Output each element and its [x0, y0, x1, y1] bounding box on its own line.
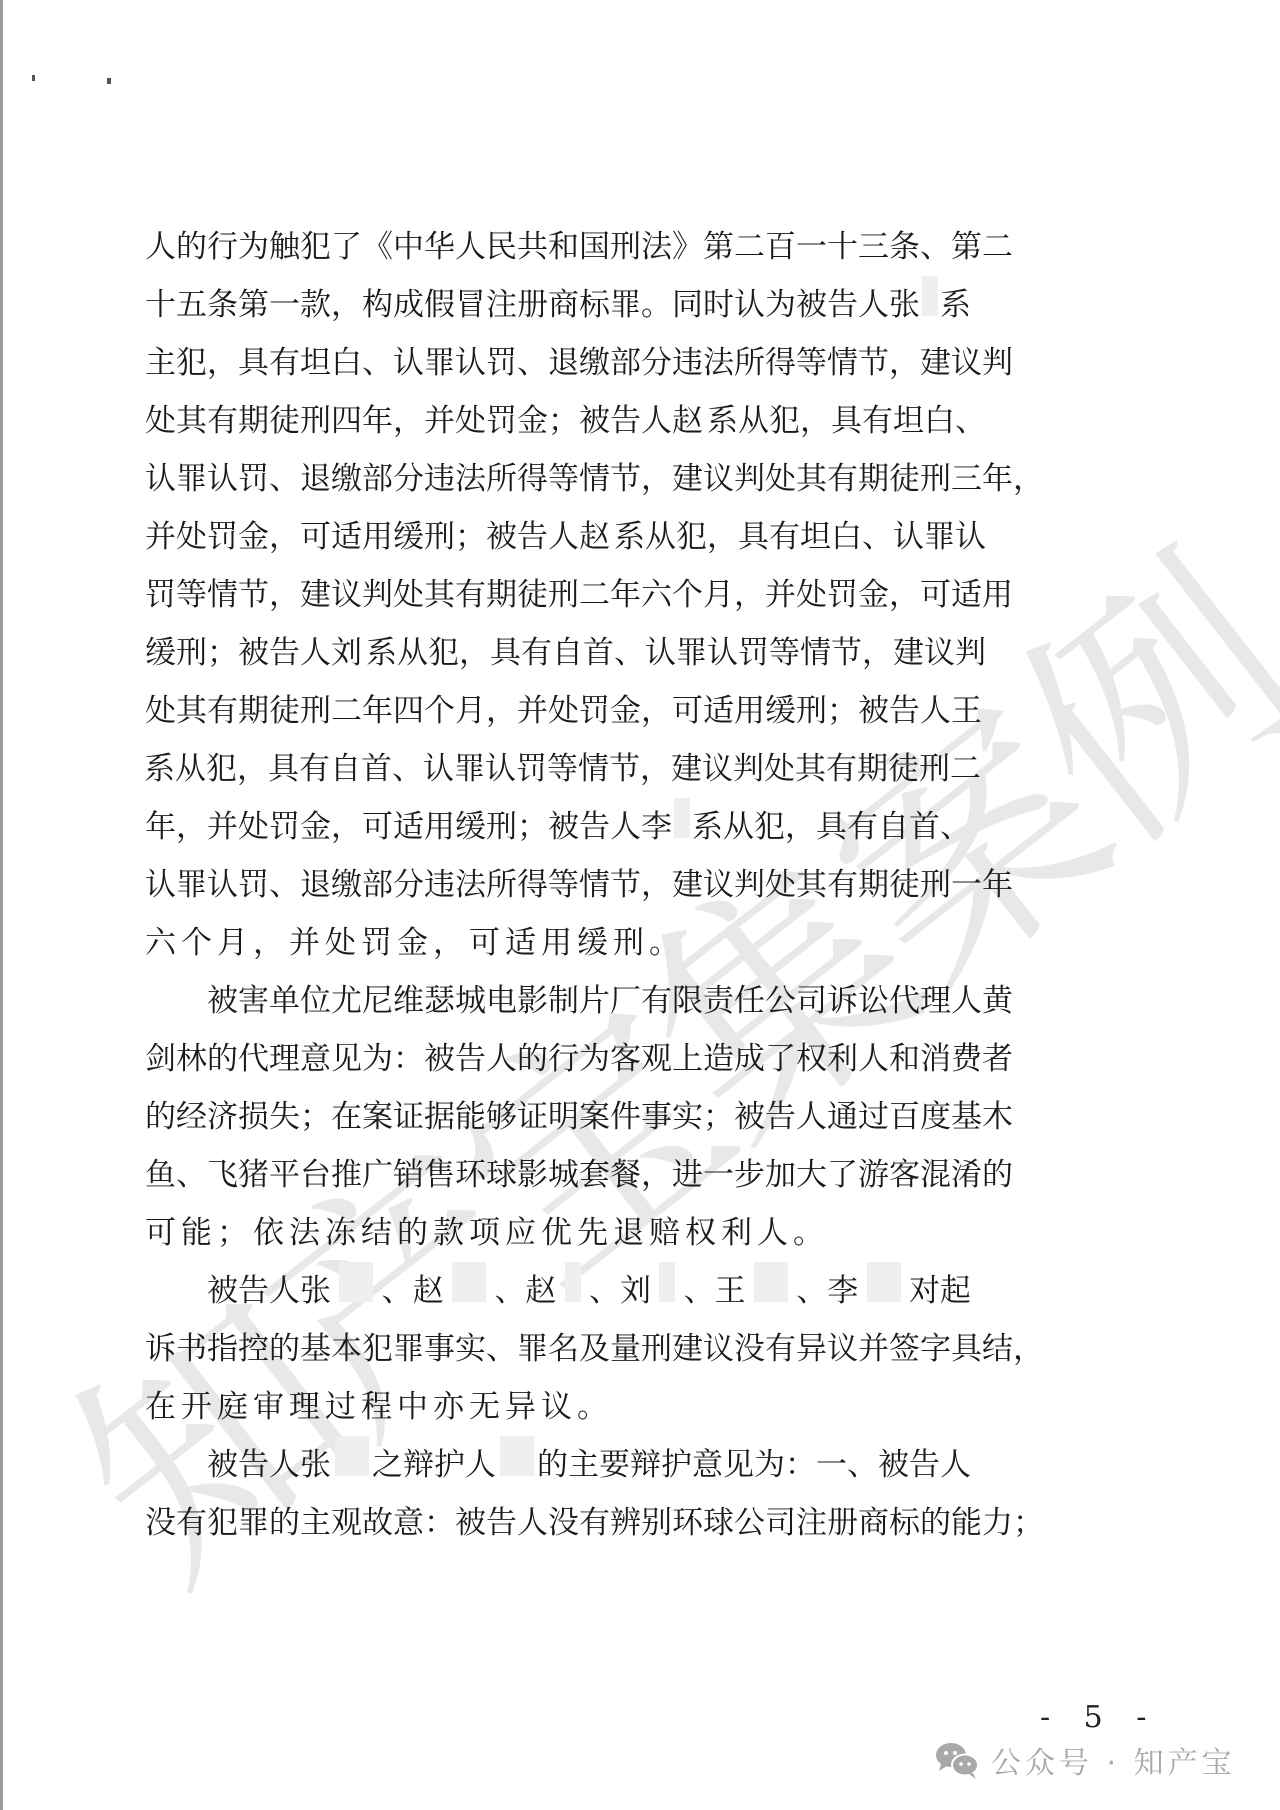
text-line: 年，并处罚金，可适用缓刑；被告人李 系从犯，具有自首、	[145, 798, 971, 856]
line-text: 人的行为触犯了《中华人民共和国刑法》第二百一十三条、第二	[145, 218, 971, 276]
line-text: 认罪认罚、退缴部分违法所得等情节，建议判处其有期徒刑三年，	[145, 450, 971, 508]
redaction-box	[339, 1262, 373, 1302]
line-text: 认罪认罚、退缴部分违法所得等情节，建议判处其有期徒刑一年	[145, 856, 971, 914]
scan-mark	[107, 78, 111, 84]
paragraph-start: 被害单位尤尼维瑟城电影制片厂有限责任公司诉讼代理人黄	[145, 972, 971, 1030]
text-line: 六个月，并处罚金，可适用缓刑。	[145, 914, 971, 972]
text-line: 的经济损失；在案证据能够证明案件事实；被告人通过百度基木	[145, 1088, 971, 1146]
text-line: 鱼、飞猪平台推广销售环球影城套餐，进一步加大了游客混淆的	[145, 1146, 971, 1204]
redaction-box	[922, 276, 938, 316]
defendant-name: 、李	[796, 1262, 858, 1320]
line-text: 系从犯，具有坦白、	[707, 392, 986, 450]
defendant-name: 、赵	[494, 1262, 556, 1320]
line-text: 主犯，具有坦白、认罪认罚、退缴部分违法所得等情节，建议判	[145, 334, 971, 392]
scan-left-edge	[0, 0, 3, 1810]
footer-brand: 公众号 · 知产宝	[933, 1738, 1236, 1782]
text-line: 认罪认罚、退缴部分违法所得等情节，建议判处其有期徒刑一年	[145, 856, 971, 914]
line-text: 缓刑；被告人刘	[145, 624, 362, 682]
scan-mark	[32, 75, 35, 81]
redaction-box	[754, 1262, 788, 1302]
line-text: 剑林的代理意见为：被告人的行为客观上造成了权利人和消费者	[145, 1030, 971, 1088]
text-line: 认罪认罚、退缴部分违法所得等情节，建议判处其有期徒刑三年，	[145, 450, 971, 508]
redaction-box	[335, 1436, 369, 1476]
wechat-icon	[933, 1740, 981, 1780]
text-line: 剑林的代理意见为：被告人的行为客观上造成了权利人和消费者	[145, 1030, 971, 1088]
line-text: 并处罚金，可适用缓刑；被告人赵	[145, 508, 610, 566]
line-text: 年，并处罚金，可适用缓刑；被告人李	[145, 798, 672, 856]
text-line: 诉书指控的基本犯罪事实、罪名及量刑建议没有异议并签字具结，	[145, 1320, 971, 1378]
line-text: 六个月，并处罚金，可适用缓刑。	[145, 914, 685, 972]
text-line: 主犯，具有坦白、认罪认罚、退缴部分违法所得等情节，建议判	[145, 334, 971, 392]
redaction-box	[500, 1436, 534, 1476]
line-text: 系从犯，具有自首、	[692, 798, 971, 856]
line-text: 被告人张	[207, 1436, 331, 1494]
defendant-name: 被告人张	[207, 1262, 331, 1320]
line-text: 罚等情节，建议判处其有期徒刑二年六个月，并处罚金，可适用	[145, 566, 971, 624]
line-text: 可能；依法冻结的款项应优先退赔权利人。	[145, 1204, 829, 1262]
text-line: 系从犯，具有自首、认罪认罚等情节，建议判处其有期徒刑二	[145, 740, 971, 798]
redaction-box	[867, 1262, 901, 1302]
line-text: 鱼、飞猪平台推广销售环球影城套餐，进一步加大了游客混淆的	[145, 1146, 971, 1204]
redaction-box	[659, 1262, 675, 1302]
text-line: 在开庭审理过程中亦无异议。	[145, 1378, 971, 1436]
line-text: 被害单位尤尼维瑟城电影制片厂有限责任公司诉讼代理人黄	[207, 972, 971, 1030]
line-text: 对起	[909, 1262, 971, 1320]
footer-brand-text: 公众号 · 知产宝	[991, 1738, 1236, 1782]
redaction-box	[565, 1262, 581, 1302]
line-text: 的主要辩护意见为：一、被告人	[537, 1436, 971, 1494]
text-line: 并处罚金，可适用缓刑；被告人赵 系从犯，具有坦白、认罪认	[145, 508, 971, 566]
line-text: 系从犯，具有自首、认罪认罚等情节，建议判	[366, 624, 986, 682]
line-text: 系从犯，具有坦白、认罪认	[614, 508, 986, 566]
line-text: 在开庭审理过程中亦无异议。	[145, 1378, 613, 1436]
redaction-box	[674, 798, 690, 838]
judgment-body: 人的行为触犯了《中华人民共和国刑法》第二百一十三条、第二 十五条第一款，构成假冒…	[145, 218, 971, 1552]
text-line: 处其有期徒刑四年，并处罚金；被告人赵 系从犯，具有坦白、	[145, 392, 971, 450]
defendant-name: 、刘	[589, 1262, 651, 1320]
text-line: 缓刑；被告人刘 系从犯，具有自首、认罪认罚等情节，建议判	[145, 624, 971, 682]
text-line: 处其有期徒刑二年四个月，并处罚金，可适用缓刑；被告人王	[145, 682, 971, 740]
page-number: - 5 -	[1040, 1700, 1158, 1735]
line-text: 的经济损失；在案证据能够证明案件事实；被告人通过百度基木	[145, 1088, 971, 1146]
redaction-box	[452, 1262, 486, 1302]
line-text: 系	[940, 276, 971, 334]
text-line: 可能；依法冻结的款项应优先退赔权利人。	[145, 1204, 971, 1262]
line-text: 诉书指控的基本犯罪事实、罪名及量刑建议没有异议并签字具结，	[145, 1320, 971, 1378]
line-text: 处其有期徒刑二年四个月，并处罚金，可适用缓刑；被告人王	[145, 682, 982, 740]
defendant-name: 、赵	[382, 1262, 444, 1320]
text-line: 十五条第一款，构成假冒注册商标罪。同时认为被告人张 系	[145, 276, 971, 334]
line-text: 十五条第一款，构成假冒注册商标罪。同时认为被告人张	[145, 276, 920, 334]
paragraph-start: 被告人张 之辩护人 的主要辩护意见为：一、被告人	[145, 1436, 971, 1494]
line-text: 系从犯，具有自首、认罪认罚等情节，建议判处其有期徒刑二	[144, 740, 981, 798]
line-text: 没有犯罪的主观故意：被告人没有辨别环球公司注册商标的能力；	[145, 1494, 971, 1552]
text-line: 没有犯罪的主观故意：被告人没有辨别环球公司注册商标的能力；	[145, 1494, 971, 1552]
text-line: 罚等情节，建议判处其有期徒刑二年六个月，并处罚金，可适用	[145, 566, 971, 624]
paragraph-start: 被告人张 、赵 、赵 、刘 、王 、李 对起	[145, 1262, 971, 1320]
defendant-name: 、王	[684, 1262, 746, 1320]
line-text: 处其有期徒刑四年，并处罚金；被告人赵	[145, 392, 703, 450]
text-line: 人的行为触犯了《中华人民共和国刑法》第二百一十三条、第二	[145, 218, 971, 276]
line-text: 之辩护人	[372, 1436, 496, 1494]
